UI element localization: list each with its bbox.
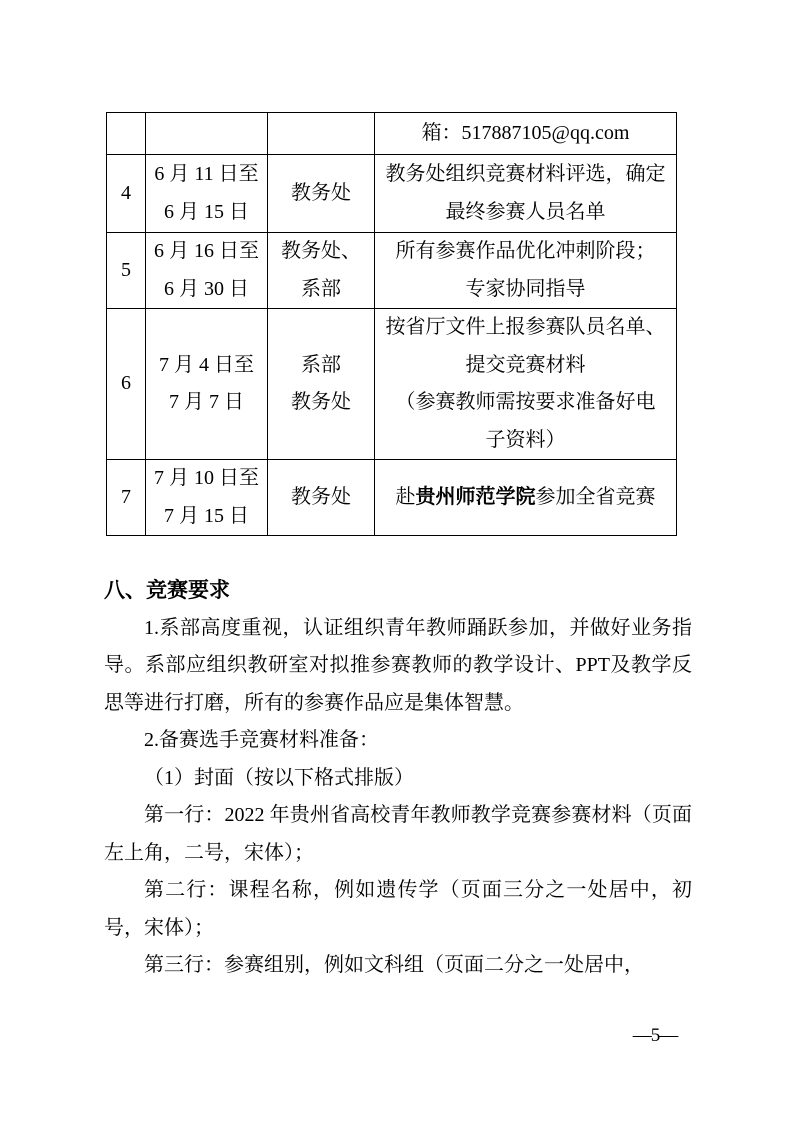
date-line: 6 月 15 日 <box>148 194 265 232</box>
table-row-6: 6 7 月 4 日至 7 月 7 日 系部 教务处 按省厅文件上报参赛队员名单、… <box>107 309 677 460</box>
date-line: 7 月 4 日至 <box>148 347 265 385</box>
schedule-table: 箱：517887105@qq.com 4 6 月 11 日至 6 月 15 日 … <box>106 112 677 536</box>
dept-line: 教务处 <box>270 479 372 517</box>
dept-line: 系部 <box>270 271 372 309</box>
task-prefix: 赴 <box>396 486 416 508</box>
dept-cell: 教务处 <box>268 155 375 233</box>
date-line: 6 月 11 日至 <box>148 156 265 194</box>
task-line: 按省厅文件上报参赛队员名单、 <box>377 309 674 347</box>
seq-cell: 7 <box>107 460 146 536</box>
task-cell: 赴贵州师范学院参加全省竞赛 <box>375 460 677 536</box>
date-line: 6 月 16 日至 <box>148 233 265 271</box>
task-line: 子资料） <box>377 422 674 460</box>
date-line: 6 月 30 日 <box>148 271 265 309</box>
body-paragraph: 第二行：课程名称，例如遗传学（页面三分之一处居中，初号，宋体）； <box>104 872 692 947</box>
body-paragraph: 2.备赛选手竞赛材料准备： <box>104 722 692 760</box>
task-line: 教务处组织竞赛材料评选，确定 <box>377 156 674 194</box>
date-line: 7 月 10 日至 <box>148 460 265 498</box>
task-line: 赴贵州师范学院参加全省竞赛 <box>377 479 674 517</box>
body-paragraph: 第三行：参赛组别，例如文科组（页面二分之一处居中， <box>104 947 692 985</box>
body-paragraph: 第一行：2022 年贵州省高校青年教师教学竞赛参赛材料（页面左上角，二号，宋体）… <box>104 797 692 872</box>
document-page: 箱：517887105@qq.com 4 6 月 11 日至 6 月 15 日 … <box>0 0 793 1123</box>
seq-cell: 5 <box>107 233 146 309</box>
date-line: 7 月 7 日 <box>148 384 265 422</box>
task-line: 所有参赛作品优化冲刺阶段； <box>377 233 674 271</box>
table-row-7: 7 7 月 10 日至 7 月 15 日 教务处 赴贵州师范学院参加全省竞赛 <box>107 460 677 536</box>
table-row-5: 5 6 月 16 日至 6 月 30 日 教务处、 系部 所有参赛作品优化冲刺阶… <box>107 233 677 309</box>
dept-cell <box>268 113 375 155</box>
task-cell: 按省厅文件上报参赛队员名单、 提交竞赛材料 （参赛教师需按要求准备好电 子资料） <box>375 309 677 460</box>
date-cell: 6 月 11 日至 6 月 15 日 <box>146 155 268 233</box>
task-line: （参赛教师需按要求准备好电 <box>377 384 674 422</box>
dept-line: 系部 <box>270 347 372 385</box>
dept-line: 教务处 <box>270 175 372 213</box>
task-cell: 所有参赛作品优化冲刺阶段； 专家协同指导 <box>375 233 677 309</box>
section-heading: 八、竞赛要求 <box>104 572 692 610</box>
dept-cell: 教务处 <box>268 460 375 536</box>
task-cell: 箱：517887105@qq.com <box>375 113 677 155</box>
dept-line: 教务处、 <box>270 233 372 271</box>
dept-cell: 系部 教务处 <box>268 309 375 460</box>
page-number: —5— <box>618 1023 692 1049</box>
body-paragraph: 1.系部高度重视，认证组织青年教师踊跃参加，并做好业务指导。系部应组织教研室对拟… <box>104 610 692 723</box>
dept-cell: 教务处、 系部 <box>268 233 375 309</box>
seq-cell <box>107 113 146 155</box>
dept-line: 教务处 <box>270 384 372 422</box>
seq-cell: 6 <box>107 309 146 460</box>
table-row-continuation: 箱：517887105@qq.com <box>107 113 677 155</box>
date-cell <box>146 113 268 155</box>
task-line: 提交竞赛材料 <box>377 347 674 385</box>
task-suffix: 参加全省竞赛 <box>536 486 656 508</box>
body-paragraph: （1）封面（按以下格式排版） <box>104 760 692 798</box>
date-line: 7 月 15 日 <box>148 498 265 536</box>
task-cell: 教务处组织竞赛材料评选，确定 最终参赛人员名单 <box>375 155 677 233</box>
task-line: 箱：517887105@qq.com <box>377 115 674 153</box>
table-row-4: 4 6 月 11 日至 6 月 15 日 教务处 教务处组织竞赛材料评选，确定 … <box>107 155 677 233</box>
bold-college-name: 贵州师范学院 <box>416 486 536 508</box>
date-cell: 7 月 10 日至 7 月 15 日 <box>146 460 268 536</box>
task-line: 专家协同指导 <box>377 271 674 309</box>
task-line: 最终参赛人员名单 <box>377 194 674 232</box>
date-cell: 6 月 16 日至 6 月 30 日 <box>146 233 268 309</box>
seq-cell: 4 <box>107 155 146 233</box>
date-cell: 7 月 4 日至 7 月 7 日 <box>146 309 268 460</box>
requirements-section: 八、竞赛要求 1.系部高度重视，认证组织青年教师踊跃参加，并做好业务指导。系部应… <box>104 572 692 985</box>
